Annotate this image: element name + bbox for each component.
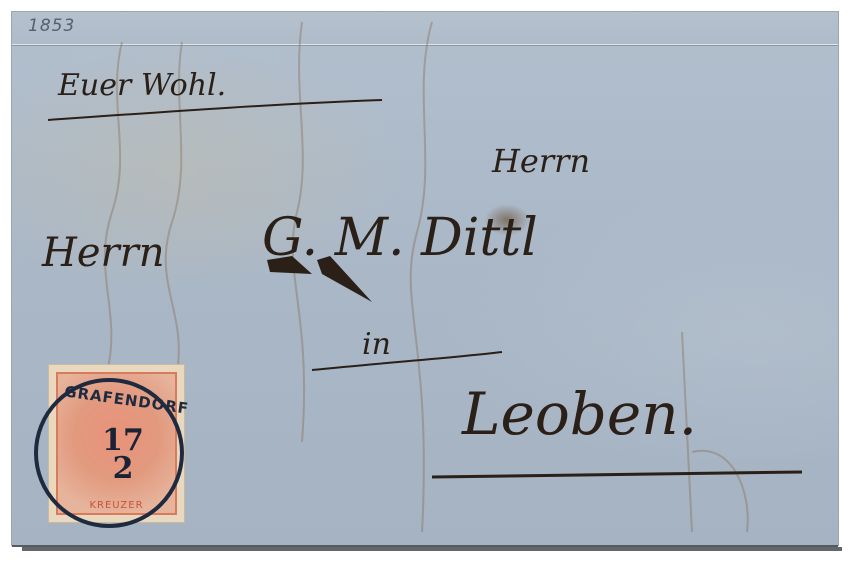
addressee-name: G. M. Dittl (262, 208, 538, 268)
via-text: in (362, 327, 391, 362)
destination-city: Leoben. (462, 380, 697, 448)
fold-shadow (22, 547, 842, 551)
top-flap (12, 12, 838, 45)
title-line-text: Herrn (492, 142, 590, 180)
postmark-month: 2 (98, 455, 148, 483)
postal-cover: 1853 Euer Wohl. Herrn Herrn G. M. Dittl … (12, 12, 838, 545)
salutation-text: Euer Wohl. (58, 68, 226, 103)
addressee-prefix: Herrn (42, 230, 165, 276)
postmark-date: 17 2 (98, 427, 148, 483)
year-annotation: 1853 (28, 16, 75, 36)
